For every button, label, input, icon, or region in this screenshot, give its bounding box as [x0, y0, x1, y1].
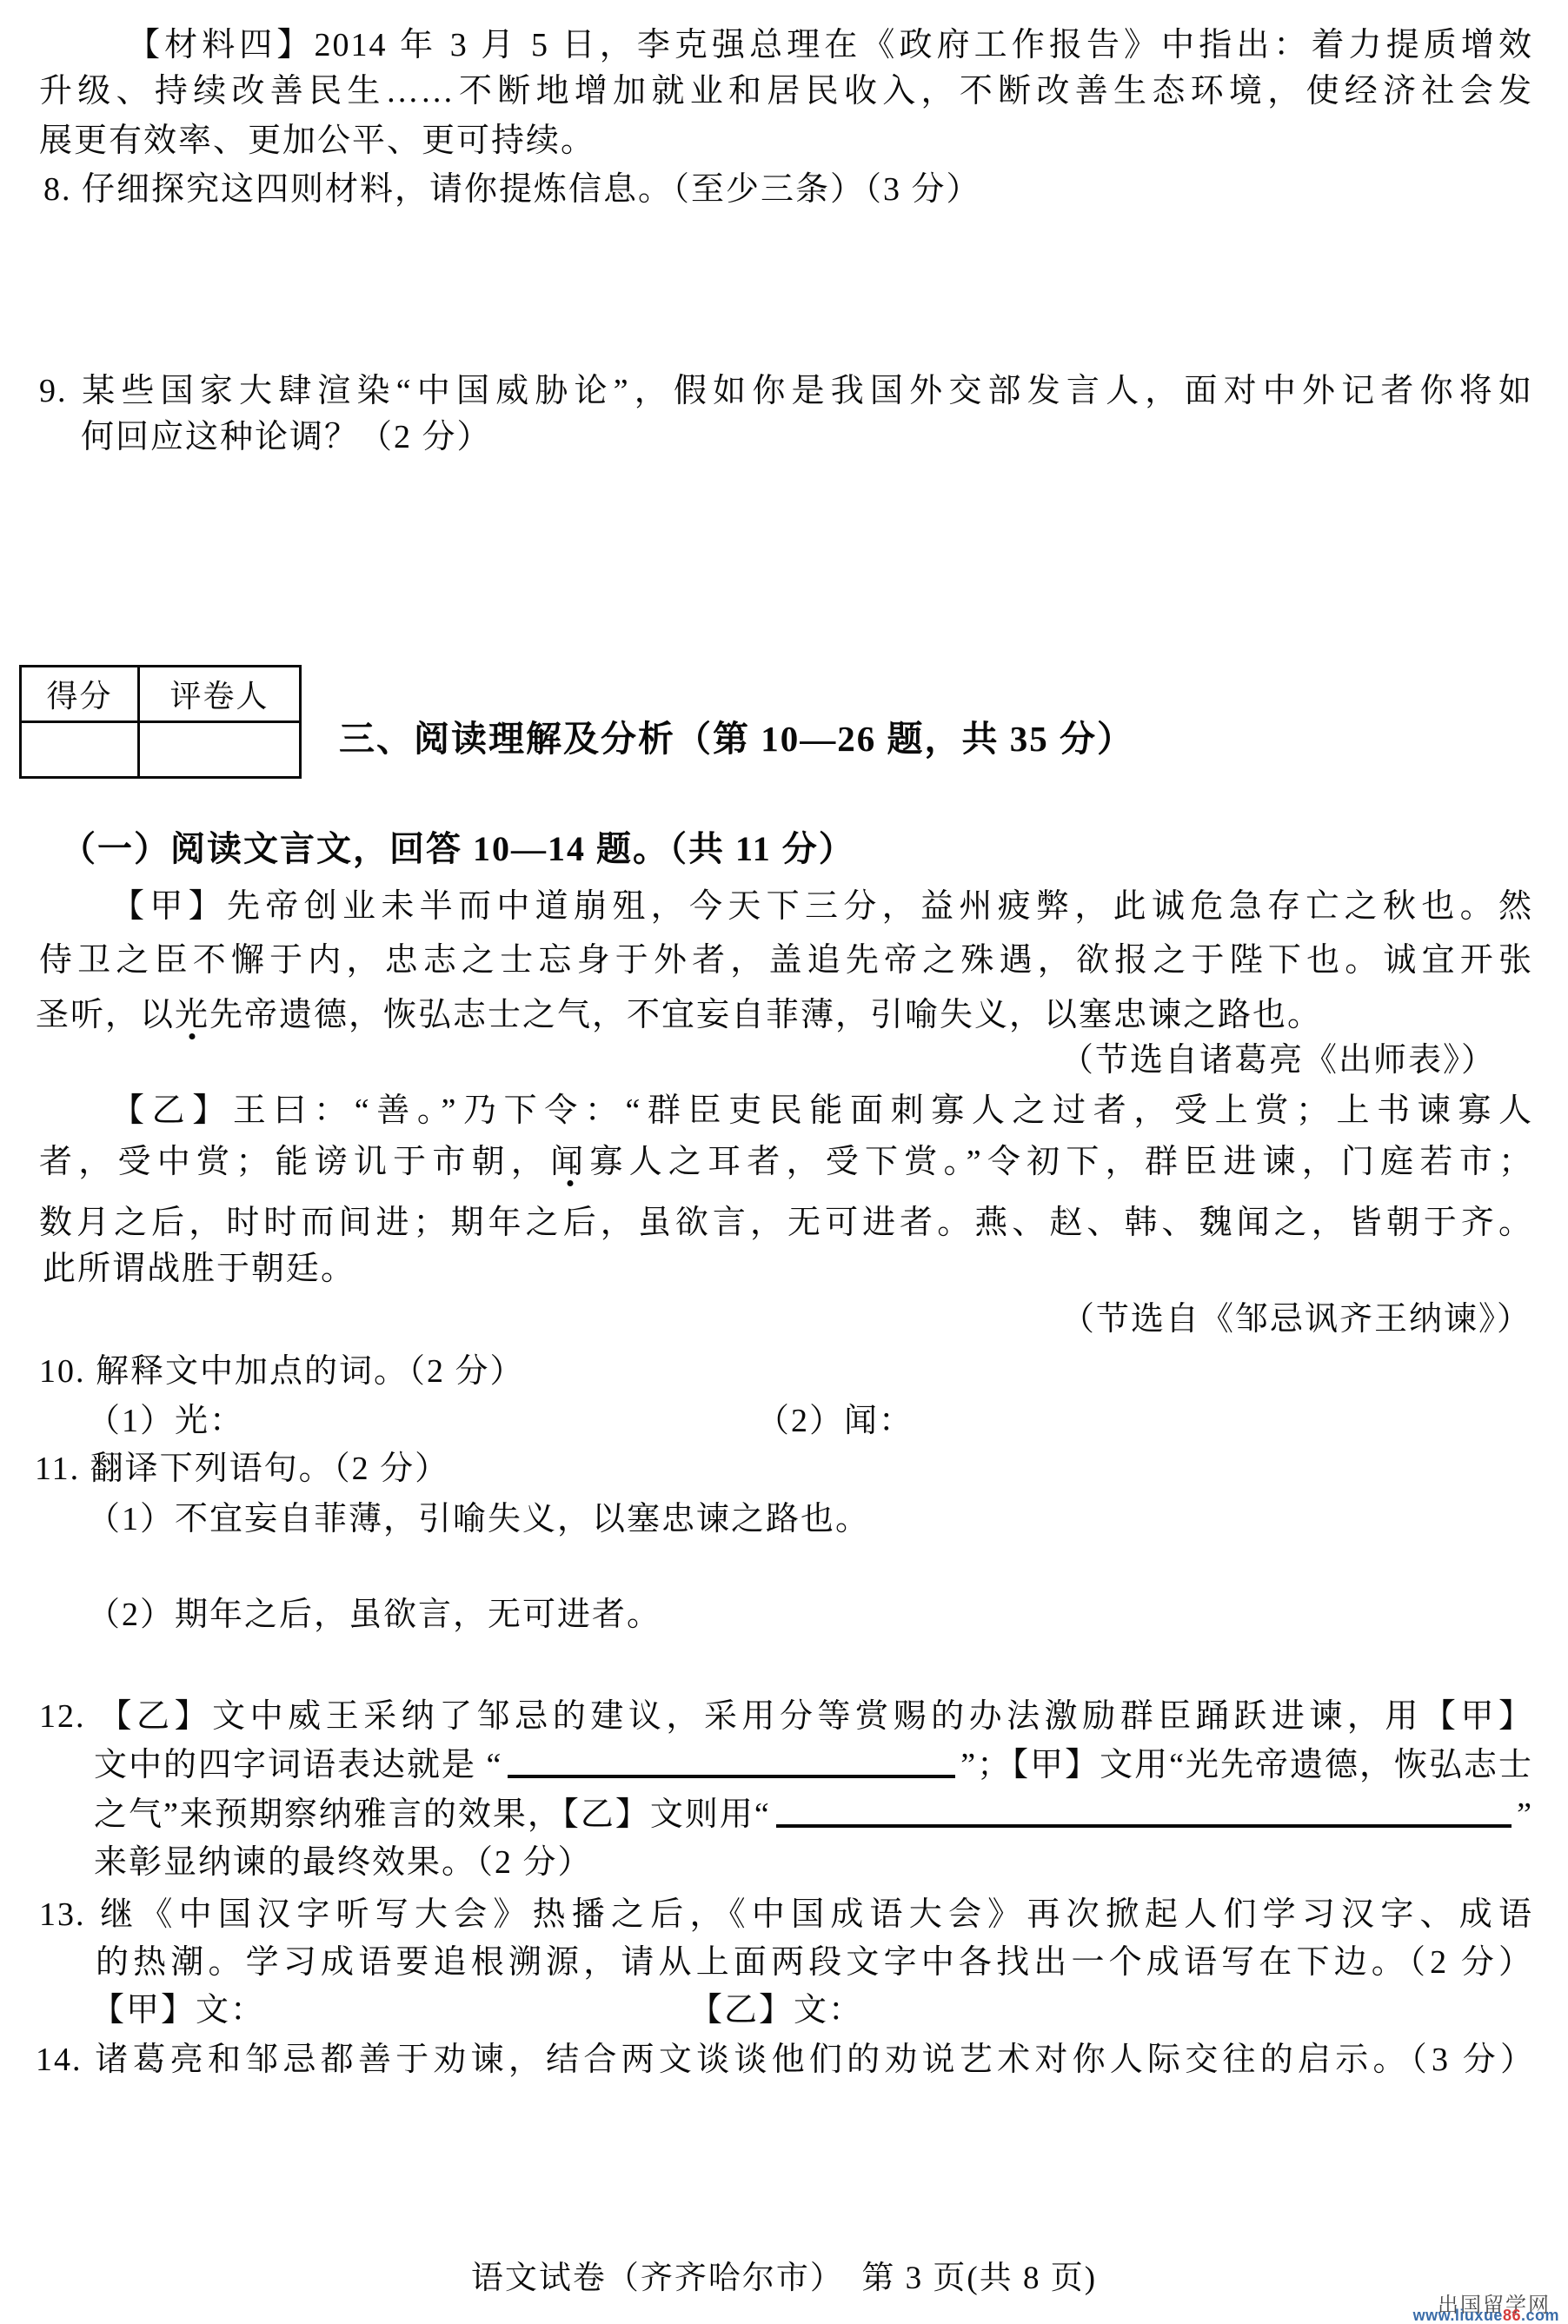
score-table: 得分 评卷人 [19, 665, 302, 779]
section-3-title: 三、阅读理解及分析（第 10—26 题，共 35 分） [339, 716, 1134, 761]
question-14: 14. 诸葛亮和邹忌都善于劝谏，结合两文谈谈他们的劝说艺术对你人际交往的启示。（… [36, 2039, 1535, 2081]
score-table-header-grader: 评卷人 [140, 667, 299, 723]
jia-line3-emphasized-char: 光 [175, 997, 209, 1033]
question-12-answer-blank-1 [508, 1775, 955, 1778]
question-12-line3: 之气”来预期察纳雅言的效果，【乙】文则用“” [94, 1794, 1533, 1836]
score-table-header-score: 得分 [22, 667, 140, 723]
exam-page: 【材料四】2014 年 3 月 5 日，李克强总理在《政府工作报告》中指出：着力… [0, 0, 1568, 2324]
question-12-answer-blank-2 [776, 1824, 1512, 1828]
watermark-url-prefix: www.liuxue [1413, 2307, 1503, 2324]
question-13-line2: 的热潮。学习成语要追根溯源，请从上面两段文字中各找出一个成语写在下边。（2 分） [96, 1942, 1533, 1983]
question-11-item1: （1）不宜妄自菲薄，引喻失义，以塞忠谏之路也。 [87, 1498, 870, 1540]
yi-passage-line1: 【乙】王曰：“善。”乃下令：“群臣吏民能面刺寡人之过者，受上赏；上书谏寡人 [111, 1090, 1533, 1132]
question-13-line1: 13. 继《中国汉字听写大会》热播之后，《中国成语大会》再次掀起人们学习汉字、成… [39, 1894, 1533, 1936]
question-9-line2: 何回应这种论调？（2 分） [81, 416, 492, 458]
material4-line2: 升级、持续改善民生……不断地增加就业和居民收入，不断改善生态环境，使经济社会发 [39, 70, 1533, 112]
question-12-line1: 12. 【乙】文中威王采纳了邹忌的建议，采用分等赏赐的办法激励群臣踊跃进谏，用【… [39, 1696, 1533, 1737]
watermark-url-suffix: .com [1521, 2307, 1559, 2324]
yi-line2-post: 寡人之耳者，受下赏。”令初下，群臣进谏，门庭若市； [589, 1144, 1533, 1180]
material4-line1: 【材料四】2014 年 3 月 5 日，李克强总理在《政府工作报告》中指出：着力… [127, 24, 1533, 66]
question-12-line3-close-quote: ” [1517, 1794, 1533, 1836]
question-13-jia-answer-label: 【甲】文： [91, 1989, 265, 2031]
page-footer: 语文试卷（齐齐哈尔市） 第 3 页(共 8 页) [0, 2258, 1568, 2300]
watermark-site-url: www.liuxue86.com [1413, 2307, 1559, 2324]
question-9-line1: 9. 某些国家大肆渲染“中国威胁论”，假如你是我国外交部发言人，面对中外记者你将… [39, 370, 1533, 412]
question-10-item2: （2）闻： [756, 1400, 914, 1442]
yi-passage-line3: 数月之后，时时而间进；期年之后，虽欲言，无可进者。燕、赵、韩、魏闻之，皆朝于齐。 [39, 1202, 1533, 1244]
question-12-line2: 文中的四字词语表达就是 “”；【甲】文用“光先帝遗德，恢弘志士 [94, 1744, 1533, 1786]
watermark-url-number: 86 [1503, 2307, 1521, 2324]
jia-line3-post: 先帝遗德，恢弘志士之气，不宜妄自菲薄，引喻失义，以塞忠谏之路也。 [209, 997, 1322, 1033]
jia-line3-pre: 圣听，以 [36, 997, 175, 1033]
yi-passage-line4: 此所谓战胜于朝廷。 [43, 1248, 355, 1290]
question-13-yi-answer-label: 【乙】文： [689, 1989, 863, 2031]
question-11-stem: 11. 翻译下列语句。（2 分） [35, 1448, 449, 1490]
score-table-cell-score-empty [22, 723, 140, 776]
question-12-line2-post: ”；【甲】文用“光先帝遗德，恢弘志士 [960, 1744, 1533, 1786]
score-table-cell-grader-empty [140, 723, 299, 776]
part-1-title: （一）阅读文言文，回答 10—14 题。（共 11 分） [61, 827, 855, 871]
question-10-stem: 10. 解释文中加点的词。（2 分） [39, 1351, 525, 1392]
question-10-item1: （1）光： [87, 1400, 244, 1442]
yi-line2-pre: 者，受中赏；能谤讥于市朝， [39, 1144, 550, 1180]
jia-passage-line1: 【甲】先帝创业未半而中道崩殂，今天下三分，益州疲弊，此诚危急存亡之秋也。然 [111, 886, 1533, 927]
yi-passage-line2: 者，受中赏；能谤讥于市朝，闻寡人之耳者，受下赏。”令初下，群臣进谏，门庭若市； [39, 1141, 1533, 1183]
question-12-line2-pre: 文中的四字词语表达就是 “ [94, 1744, 502, 1786]
question-12-line4: 来彰显纳谏的最终效果。（2 分） [94, 1842, 593, 1883]
question-8: 8. 仔细探究这四则材料，请你提炼信息。（至少三条）（3 分） [43, 169, 981, 210]
jia-passage-source: （节选自诸葛亮《出师表》） [1060, 1039, 1496, 1081]
yi-line2-emphasized-char: 闻 [550, 1144, 589, 1180]
question-11-item2: （2）期年之后，虽欲言，无可进者。 [87, 1594, 661, 1636]
material4-line3: 展更有效率、更加公平、更可持续。 [39, 120, 595, 162]
question-12-line3-pre: 之气”来预期察纳雅言的效果，【乙】文则用“ [94, 1794, 771, 1836]
jia-passage-line2: 侍卫之臣不懈于内，忠志之士忘身于外者，盖追先帝之殊遇，欲报之于陛下也。诚宜开张 [39, 940, 1533, 981]
jia-passage-line3: 圣听，以光先帝遗德，恢弘志士之气，不宜妄自菲薄，引喻失义，以塞忠谏之路也。 [36, 994, 1322, 1036]
yi-passage-source: （节选自《邹忌讽齐王纳谏》） [1061, 1298, 1531, 1340]
